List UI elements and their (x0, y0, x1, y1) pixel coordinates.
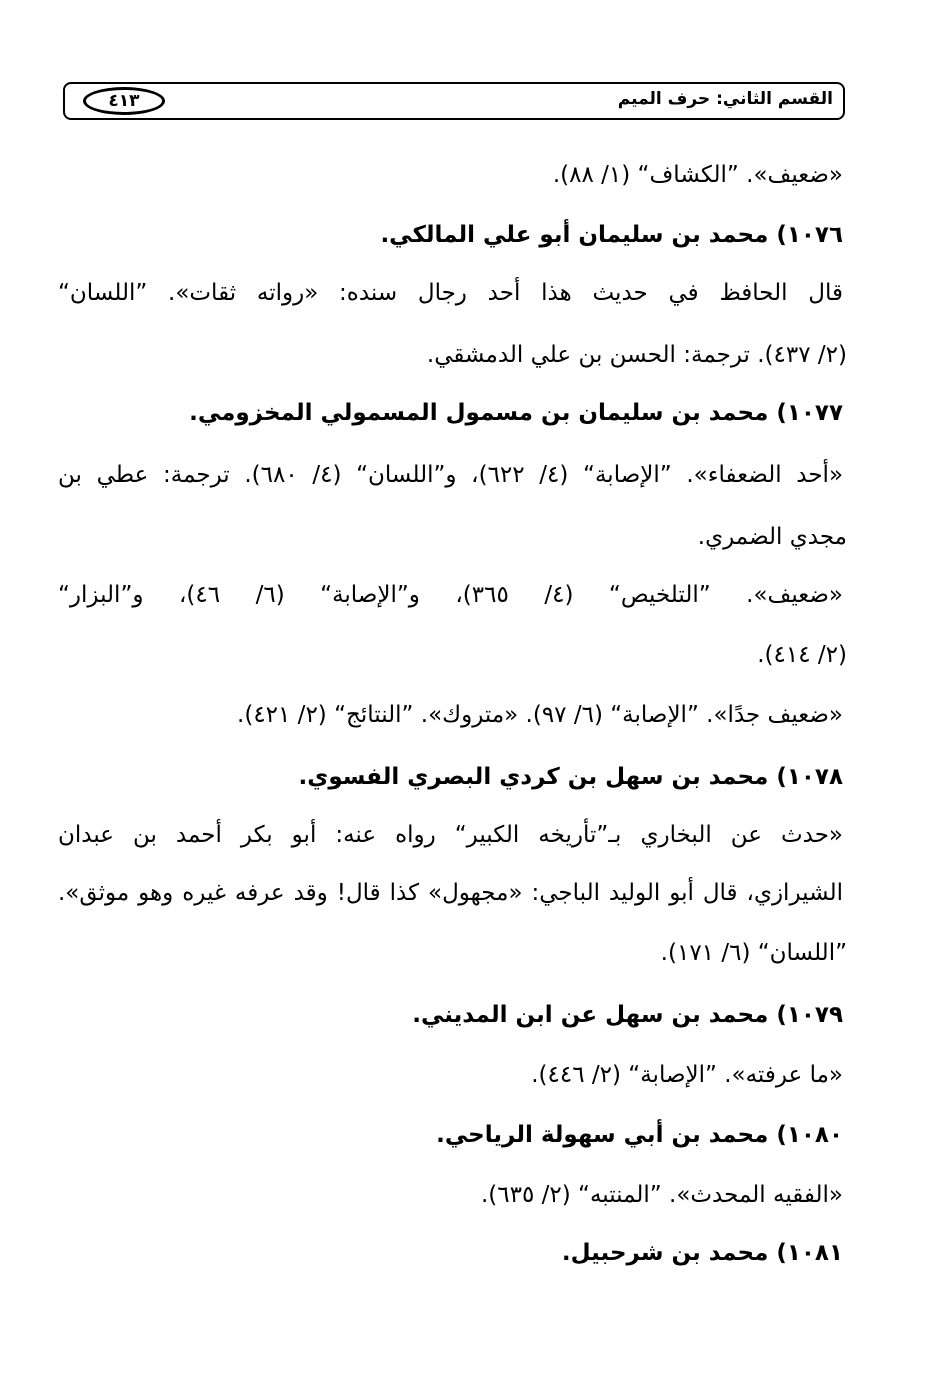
entry-note: (٢/ ٤٣٧). ترجمة: الحسن بن علي الدمشقي. (427, 340, 847, 370)
entry-note: «حدث عن البخاري بـ”تأريخه الكبير“ رواه ع… (58, 820, 843, 850)
entry-heading: ١٠٧٩) محمد بن سهل عن ابن المديني. (412, 1000, 843, 1030)
entry-heading: ١٠٧٧) محمد بن سليمان بن مسمول المسمولي ا… (189, 398, 843, 428)
entry-heading: ١٠٨١) محمد بن شرحبيل. (562, 1238, 843, 1268)
entry-note: «ضعيف». ”الكشاف“ (١/ ٨٨). (553, 160, 843, 190)
entry-heading: ١٠٨٠) محمد بن أبي سهولة الرياحي. (436, 1120, 843, 1150)
entry-heading: ١٠٧٦) محمد بن سليمان أبو علي المالكي. (380, 220, 843, 250)
entry-note: قال الحافظ في حديث هذا أحد رجال سنده: «ر… (58, 278, 843, 308)
entry-note: «الفقيه المحدث». ”المنتبه“ (٢/ ٦٣٥). (481, 1180, 843, 1210)
entry-note: (٢/ ٤١٤). (757, 640, 847, 670)
entry-heading: ١٠٧٨) محمد بن سهل بن كردي البصري الفسوي. (299, 762, 843, 792)
entry-note: مجدي الضمري. (698, 522, 847, 552)
entry-note: «ضعيف». ”التلخيص“ (٤/ ٣٦٥)، و”الإصابة“ (… (58, 580, 843, 610)
entry-note: ”اللسان“ (٦/ ١٧١). (661, 938, 847, 968)
entry-note: الشيرازي، قال أبو الوليد الباجي: «مجهول»… (58, 878, 843, 908)
entry-note: «ما عرفته». ”الإصابة“ (٢/ ٤٤٦). (531, 1060, 843, 1090)
entry-note: «أحد الضعفاء». ”الإصابة“ (٤/ ٦٢٢)، و”الل… (58, 460, 843, 490)
entry-note: «ضعيف جدًا». ”الإصابة“ (٦/ ٩٧). «متروك».… (237, 700, 843, 730)
page-number-badge: ٤١٣ (83, 87, 165, 115)
section-title: القسم الثاني: حرف الميم (618, 89, 833, 109)
running-header: القسم الثاني: حرف الميم ٤١٣ (63, 82, 845, 120)
